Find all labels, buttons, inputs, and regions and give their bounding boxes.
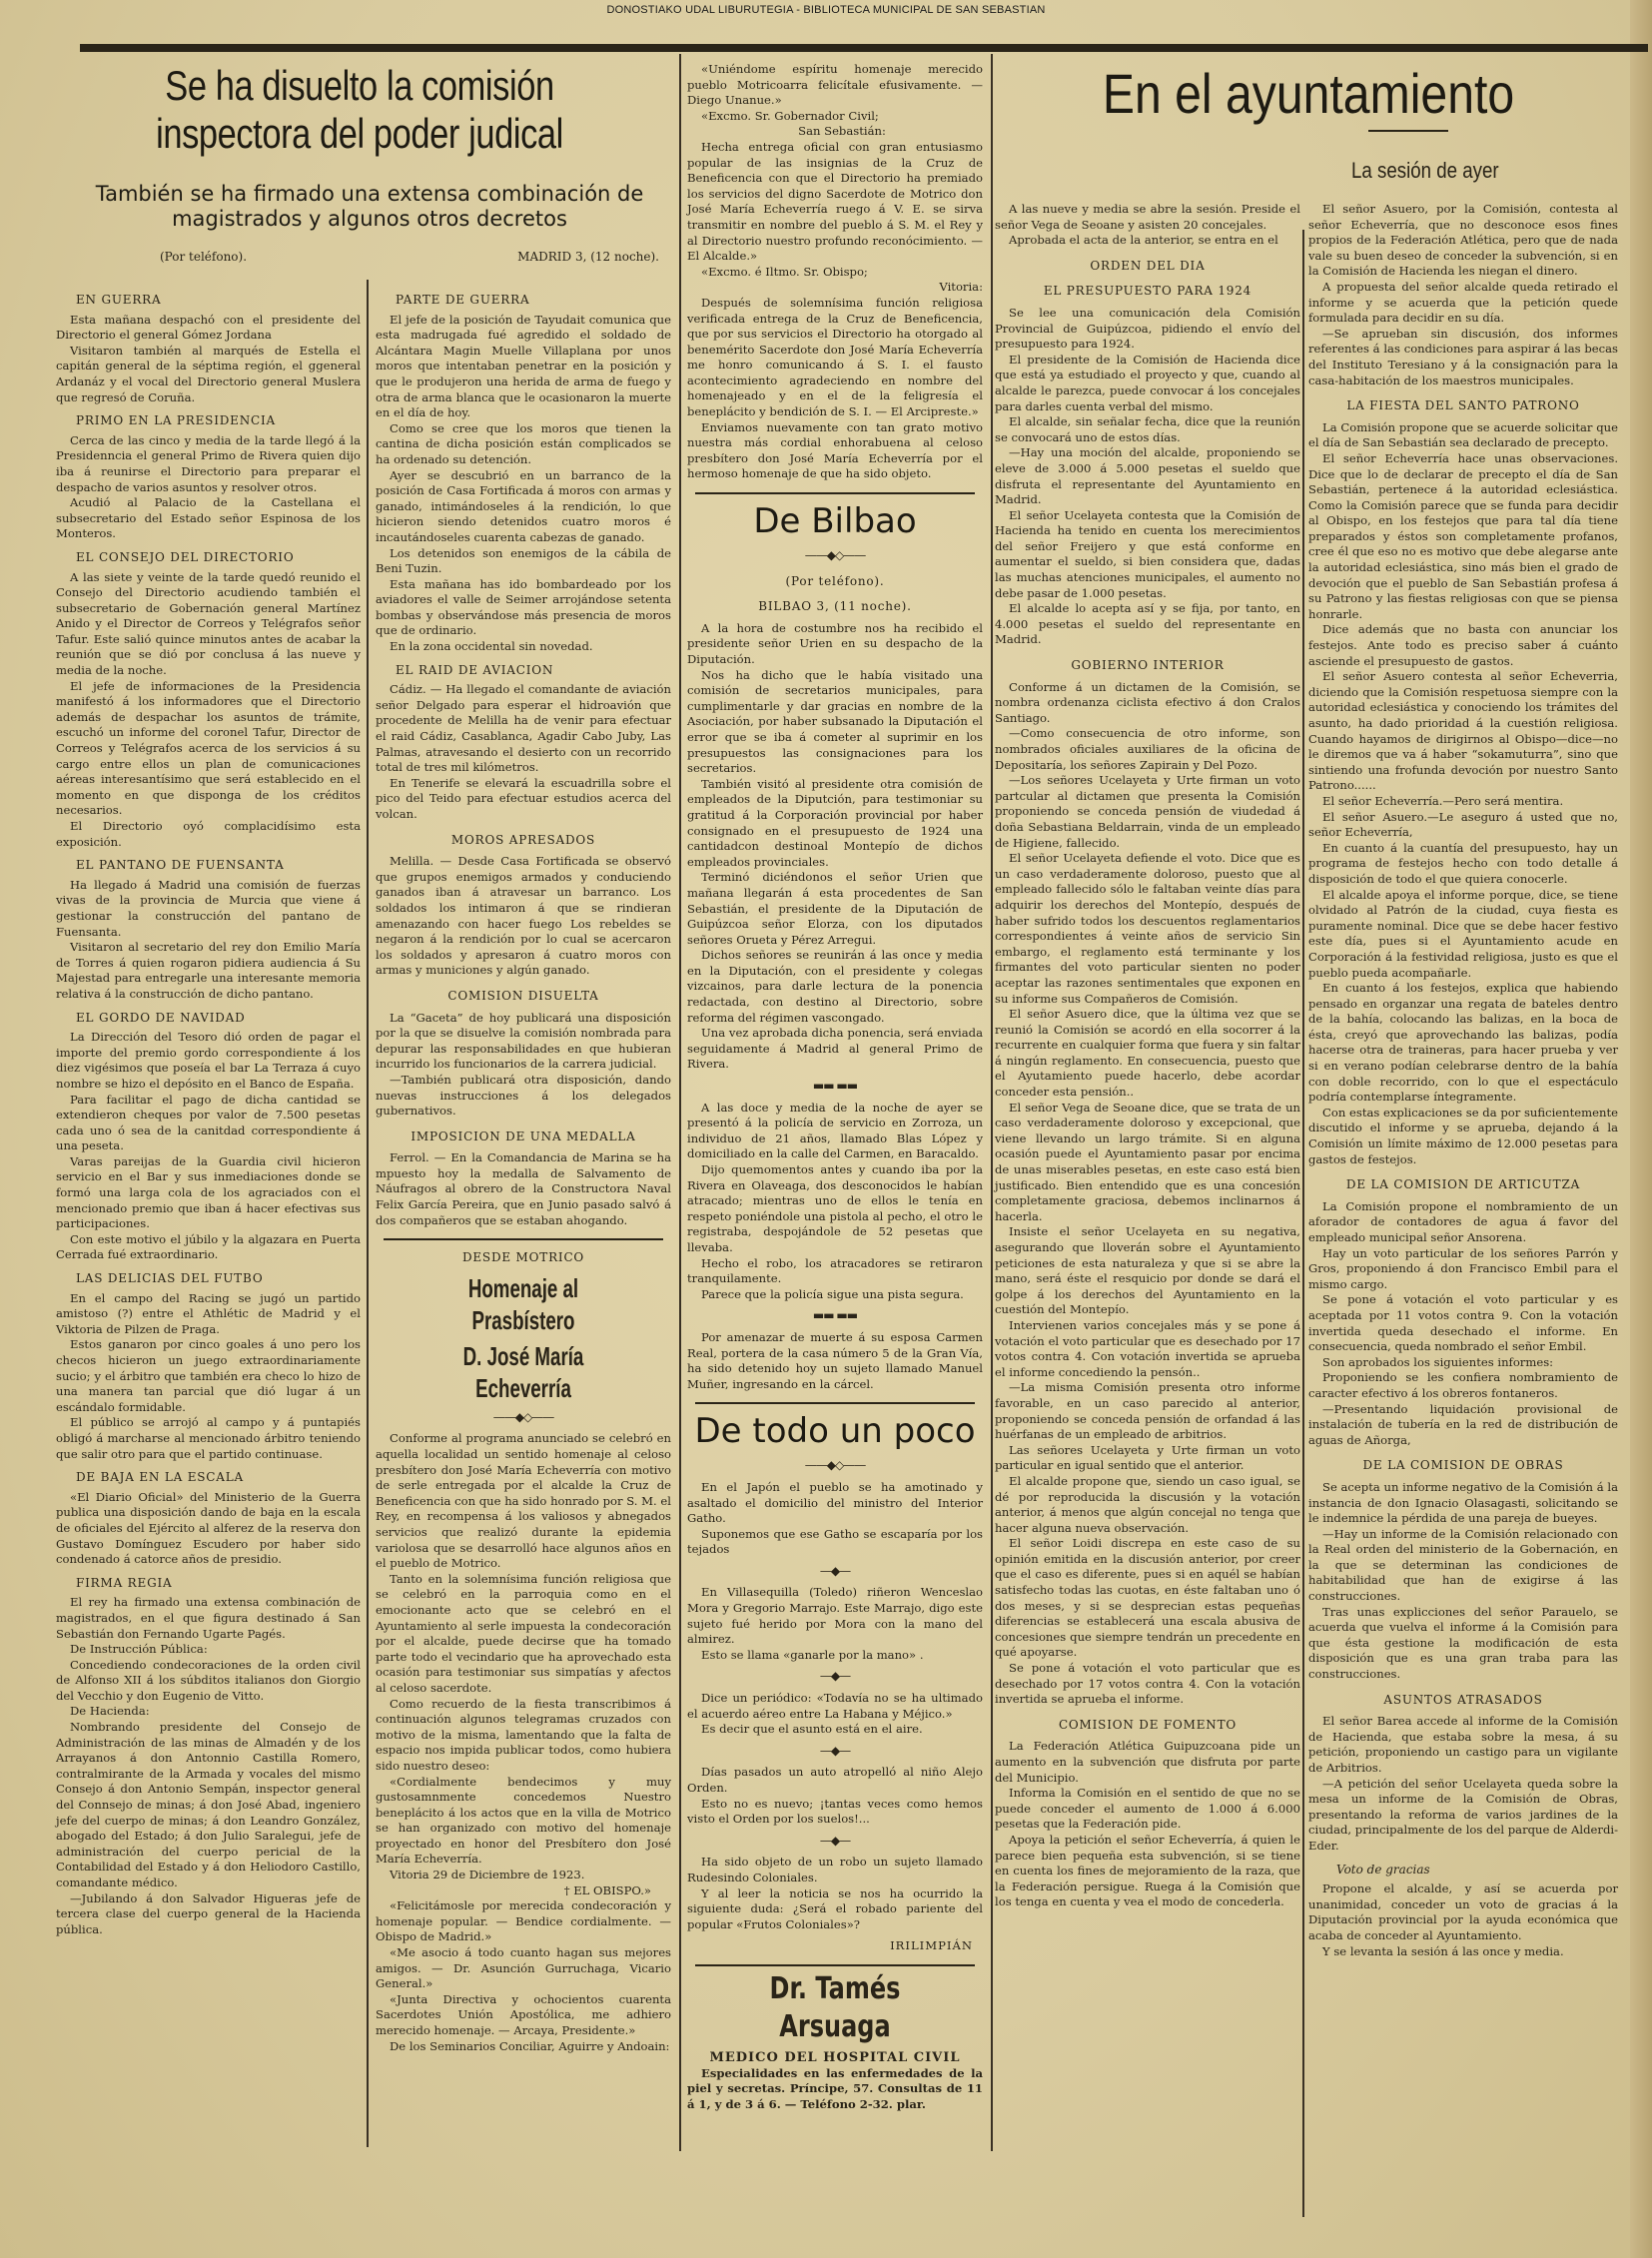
paragraph: El alcalde lo acepta así y se fija, por … bbox=[995, 601, 1300, 648]
paragraph: Cádiz. — Ha llegado el comandante de avi… bbox=[376, 682, 671, 776]
paragraph: Días pasados un auto atropelló al niño A… bbox=[687, 1765, 983, 1796]
paragraph: Terminó diciéndonos el señor Urien que m… bbox=[687, 870, 983, 948]
paragraph: Esta mañana has ido bombardeado por los … bbox=[376, 577, 671, 639]
paragraph: Después de solemnísima función religiosa… bbox=[687, 296, 983, 420]
paragraph: Nos ha dicho que le había visitado una c… bbox=[687, 668, 983, 777]
bilbao-dateline: BILBAO 3, (11 noche). bbox=[687, 599, 983, 615]
paragraph: El señor Echeverría hace unas observacio… bbox=[1308, 451, 1618, 623]
column-rule bbox=[1302, 230, 1304, 2217]
top-rule bbox=[80, 44, 1648, 52]
paragraph: Suponemos que ese Gatho se escaparía por… bbox=[687, 1527, 983, 1558]
paragraph: De Instrucción Pública: bbox=[56, 1642, 361, 1658]
paragraph: A propuesta del señor alcalde queda reti… bbox=[1308, 280, 1618, 327]
paragraph: Dichos señores se reunirán á las once y … bbox=[687, 948, 983, 1026]
paragraph: Los detenidos son enemigos de la cábila … bbox=[376, 546, 671, 577]
paragraph: El señor Asuero.—Le aseguro á usted que … bbox=[1308, 810, 1618, 841]
paragraph: Enviamos nuevamente con tan grato motivo… bbox=[687, 420, 983, 482]
paragraph: Aprobada el acta de la anterior, se entr… bbox=[995, 233, 1300, 249]
paragraph: En el campo del Racing se jugó un partid… bbox=[56, 1291, 361, 1338]
paragraph: Informa la Comisión en el sentido de que… bbox=[995, 1786, 1300, 1833]
paragraph: El presidente de la Comisión de Hacienda… bbox=[995, 353, 1300, 414]
paragraph: —También publicará otra disposición, dan… bbox=[376, 1073, 671, 1120]
lead-date: MADRID 3, (12 noche). bbox=[517, 250, 659, 264]
motrico-title-line-1: Homenaje al Prasbístero bbox=[416, 1272, 629, 1336]
section-heading: FIRMA REGIA bbox=[76, 1576, 361, 1592]
paragraph: El alcalde apoya el informe porque, dice… bbox=[1308, 888, 1618, 982]
paragraph: Dice además que no basta con anunciar lo… bbox=[1308, 622, 1618, 669]
paragraph: Vitoria: bbox=[687, 280, 983, 296]
todo-un-poco-headline: De todo un poco bbox=[687, 1410, 983, 1452]
paragraph: Se acepta un informe negativo de la Comi… bbox=[1308, 1480, 1618, 1527]
paragraph: Cerca de las cinco y media de la tarde l… bbox=[56, 433, 361, 495]
paragraph: Hecha entrega oficial con gran entusiasm… bbox=[687, 140, 983, 265]
section-heading: LAS DELICIAS DEL FUTBO bbox=[76, 1271, 361, 1287]
paragraph: Vitoria 29 de Diciembre de 1923. bbox=[376, 1868, 671, 1883]
ornament-rule bbox=[384, 1238, 663, 1240]
ornament-divider: ——◆◇—— bbox=[376, 1410, 671, 1426]
paragraph: Concediendo condecoraciones de la orden … bbox=[56, 1658, 361, 1705]
paragraph: Propone el alcalde, y así se acuerda por… bbox=[1308, 1882, 1618, 1943]
paragraph: «Excmo. é Iltmo. Sr. Obispo; bbox=[687, 265, 983, 281]
section-heading: PARTE DE GUERRA bbox=[396, 293, 671, 309]
ornament-rule bbox=[695, 1402, 975, 1404]
paragraph: —Presentando liquidación provisional de … bbox=[1308, 1402, 1618, 1449]
paragraph: Ha llegado á Madrid una comisión de fuer… bbox=[56, 878, 361, 940]
ad-doctor-title: MEDICO DEL HOSPITAL CIVIL bbox=[687, 2050, 983, 2066]
paragraph: Una vez aprobada dicha ponencia, será en… bbox=[687, 1026, 983, 1073]
paragraph: Como recuerdo de la fiesta transcribimos… bbox=[376, 1697, 671, 1775]
paragraph: San Sebastián: bbox=[687, 124, 983, 140]
section-heading: EN GUERRA bbox=[76, 293, 361, 309]
paragraph: Apoya la petición el señor Echeverría, á… bbox=[995, 1833, 1300, 1910]
bilbao-source: (Por teléfono). bbox=[687, 574, 983, 590]
ayuntamiento-headline: En el ayuntamiento bbox=[1051, 62, 1566, 126]
section-heading: DE LA COMISION DE OBRAS bbox=[1308, 1458, 1618, 1474]
paragraph: De los Seminarios Conciliar, Aguirre y A… bbox=[376, 2039, 671, 2055]
column-rule bbox=[991, 54, 993, 2151]
ornament-divider: ▬▬ ▬▬ bbox=[687, 1308, 983, 1324]
section-heading: ASUNTOS ATRASADOS bbox=[1308, 1693, 1618, 1709]
paragraph: Se pone á votación el voto particular y … bbox=[1308, 1292, 1618, 1354]
ornament-divider: ▬▬ ▬▬ bbox=[687, 1079, 983, 1095]
paragraph: La Federación Atlética Guipuzcoana pide … bbox=[995, 1739, 1300, 1786]
section-heading: COMISION DE FOMENTO bbox=[995, 1718, 1300, 1734]
paragraph: Melilla. — Desde Casa Fortificada se obs… bbox=[376, 854, 671, 979]
section-heading: EL PANTANO DE FUENSANTA bbox=[76, 858, 361, 874]
paragraph: —Hay una moción del alcalde, proponiendo… bbox=[995, 445, 1300, 507]
paragraph: —A petición del señor Ucelayeta queda so… bbox=[1308, 1777, 1618, 1855]
paragraph: El señor Vega de Seoane dice, que se tra… bbox=[995, 1101, 1300, 1225]
paragraph: En cuanto á la cuantía del presupuesto, … bbox=[1308, 841, 1618, 888]
ornament-rule bbox=[695, 492, 975, 494]
section-heading: GOBIERNO INTERIOR bbox=[995, 658, 1300, 674]
paragraph: El señor Ucelayeta contesta que la Comis… bbox=[995, 508, 1300, 602]
paragraph: El rey ha firmado una extensa combinació… bbox=[56, 1595, 361, 1642]
paragraph: La “Gaceta” de hoy publicará una disposi… bbox=[376, 1011, 671, 1073]
column-4: A las nueve y media se abre la sesión. P… bbox=[995, 202, 1300, 1910]
paragraph: Hecho el robo, los atracadores se retira… bbox=[687, 1256, 983, 1287]
paragraph: —Se aprueban sin discusión, dos informes… bbox=[1308, 327, 1618, 388]
paragraph: El señor Barea accede al informe de la C… bbox=[1308, 1714, 1618, 1776]
paragraph: Parece que la policía sigue una pista se… bbox=[687, 1287, 983, 1303]
ornament-rule bbox=[695, 1964, 975, 1966]
paragraph: El señor Asuero contesta al señor Echeve… bbox=[1308, 669, 1618, 794]
column-rule bbox=[679, 54, 681, 2151]
paragraph: A las siete y veinte de la tarde quedó r… bbox=[56, 570, 361, 679]
column-5: El señor Asuero, por la Comisión, contes… bbox=[1308, 202, 1618, 1959]
section-heading: PRIMO EN LA PRESIDENCIA bbox=[76, 413, 361, 429]
paragraph: El jefe de informaciones de la Presidenc… bbox=[56, 679, 361, 819]
paragraph: El Directorio oyó complacidísimo esta ex… bbox=[56, 819, 361, 850]
paragraph: A la hora de costumbre nos ha recibido e… bbox=[687, 621, 983, 668]
lead-subheadline: También se ha firmado una extensa combin… bbox=[60, 182, 679, 232]
ornament-divider: ——◆◇—— bbox=[687, 548, 983, 564]
paragraph: «Cordialmente bendecimos y muy gustosamn… bbox=[376, 1775, 671, 1869]
paragraph: Dice un periódico: «Todavía no se ha ult… bbox=[687, 1691, 983, 1722]
ornament-divider: ——◆◇—— bbox=[687, 1458, 983, 1474]
paragraph: La Dirección del Tesoro dió orden de pag… bbox=[56, 1030, 361, 1092]
paragraph: Tras unas explicciones del señor Parauel… bbox=[1308, 1605, 1618, 1683]
paragraph: En Villasequilla (Toledo) riñeron Wences… bbox=[687, 1585, 983, 1647]
paragraph: Esto se llama «ganarle por la mano» . bbox=[687, 1648, 983, 1664]
paragraph: La Comisión propone que se acuerde solic… bbox=[1308, 420, 1618, 451]
section-heading: DE LA COMISION DE ARTICUTZA bbox=[1308, 1177, 1618, 1193]
paragraph: Hay un voto particular de los señores Pa… bbox=[1308, 1246, 1618, 1293]
section-heading: EL RAID DE AVIACION bbox=[396, 663, 671, 679]
paragraph: Son aprobados los siguientes informes: bbox=[1308, 1355, 1618, 1371]
ad-doctor-name: Dr. Tamés Arsuaga bbox=[717, 1970, 954, 2046]
paragraph: El señor Ucelayeta defiende el voto. Dic… bbox=[995, 851, 1300, 1007]
section-heading: Voto de gracias bbox=[1336, 1863, 1618, 1879]
paragraph: Visitaron también al marqués de Estella … bbox=[56, 344, 361, 405]
paragraph: Y se levanta la sesión á las once y medi… bbox=[1308, 1944, 1618, 1960]
paragraph: —Como consecuencia de otro informe, son … bbox=[995, 726, 1300, 773]
bilbao-headline: De Bilbao bbox=[687, 500, 983, 542]
paragraph: Insiste el señor Ucelayeta en su negativ… bbox=[995, 1224, 1300, 1318]
paragraph: A las nueve y media se abre la sesión. P… bbox=[995, 202, 1300, 233]
paragraph: Ha sido objeto de un robo un sujeto llam… bbox=[687, 1855, 983, 1885]
paragraph: Estos ganaron por cinco goales á uno per… bbox=[56, 1337, 361, 1415]
paragraph: El señor Asuero dice, que la última vez … bbox=[995, 1007, 1300, 1101]
paragraph: Nombrando presidente del Consejo de Admi… bbox=[56, 1720, 361, 1891]
ayuntamiento-subheadline: La sesión de ayer bbox=[1351, 158, 1499, 184]
paragraph: De Hacienda: bbox=[56, 1704, 361, 1720]
paragraph: Acudió al Palacio de la Castellana el su… bbox=[56, 495, 361, 542]
paragraph: —Hay un informe de la Comisión relaciona… bbox=[1308, 1527, 1618, 1605]
paragraph: El jefe de la posición de Tayudait comun… bbox=[376, 313, 671, 421]
paragraph: En Tenerife se elevará la escuadrilla so… bbox=[376, 776, 671, 823]
section-heading: EL CONSEJO DEL DIRECTORIO bbox=[76, 550, 361, 566]
motrico-title-line-2: D. José María Echeverría bbox=[416, 1340, 629, 1404]
paragraph: «El Diario Oficial» del Ministerio de la… bbox=[56, 1490, 361, 1568]
paragraph: Varas pareijas de la Guardia civil hicie… bbox=[56, 1154, 361, 1232]
paragraph: † EL OBISPO.» bbox=[376, 1883, 651, 1899]
section-heading: IMPOSICION DE UNA MEDALLA bbox=[376, 1129, 671, 1145]
paragraph: —La misma Comisión presenta otro informe… bbox=[995, 1380, 1300, 1442]
paragraph: Con estas explicaciones se da por sufici… bbox=[1308, 1106, 1618, 1167]
paragraph: El alcalde, sin señalar fecha, dice que … bbox=[995, 414, 1300, 445]
section-heading: LA FIESTA DEL SANTO PATRONO bbox=[1308, 398, 1618, 414]
paragraph: «Felicitámosle por merecida condecoració… bbox=[376, 1898, 671, 1945]
motrico-kicker: DESDE MOTRICO bbox=[376, 1250, 671, 1266]
paragraph: Proponiendo se les confiera nombramiento… bbox=[1308, 1370, 1618, 1401]
paragraph: Intervienen varios concejales más y se p… bbox=[995, 1318, 1300, 1380]
paragraph: «Uniéndome espíritu homenaje merecido pu… bbox=[687, 62, 983, 109]
paragraph: En la zona occidental sin novedad. bbox=[376, 639, 671, 655]
paragraph: El señor Echeverría.—Pero será mentira. bbox=[1308, 794, 1618, 810]
paragraph: A las doce y media de la noche de ayer s… bbox=[687, 1101, 983, 1162]
column-3: «Uniéndome espíritu homenaje merecido pu… bbox=[687, 62, 983, 2112]
column-2: PARTE DE GUERRAEl jefe de la posición de… bbox=[376, 285, 671, 2054]
paragraph: «Me asocio á todo cuanto hagan sus mejor… bbox=[376, 1945, 671, 1992]
paragraph: Las señores Ucelayeta y Urte firman un v… bbox=[995, 1443, 1300, 1474]
library-header: DONOSTIAKO UDAL LIBURUTEGIA - BIBLIOTECA… bbox=[0, 4, 1652, 16]
paragraph: El alcalde propone que, siendo un caso i… bbox=[995, 1474, 1300, 1536]
paragraph: Como se cree que los moros que tienen la… bbox=[376, 421, 671, 468]
paragraph: Por amenazar de muerte á su esposa Carme… bbox=[687, 1330, 983, 1392]
paragraph: El señor Asuero, por la Comisión, contes… bbox=[1308, 202, 1618, 280]
ornament-divider: —◆— bbox=[687, 1564, 983, 1580]
paragraph: Se pone á votación el voto particular qu… bbox=[995, 1661, 1300, 1708]
paragraph: «Junta Directiva y ochocientos cuarenta … bbox=[376, 1992, 671, 2039]
ornament-divider: —◆— bbox=[687, 1834, 983, 1850]
paragraph: La Comisión propone el nombramiento de u… bbox=[1308, 1199, 1618, 1246]
paragraph: Con este motivo el júbilo y la algazara … bbox=[56, 1232, 361, 1263]
paragraph: El público se arrojó al campo y á puntap… bbox=[56, 1415, 361, 1462]
paragraph: Se lee una comunicación dela Comisión Pr… bbox=[995, 306, 1300, 353]
ornament-divider: —◆— bbox=[687, 1669, 983, 1685]
section-heading: EL GORDO DE NAVIDAD bbox=[76, 1011, 361, 1027]
paragraph: Visitaron al secretario del rey don Emil… bbox=[56, 940, 361, 1002]
paragraph: Dijo quemomentos antes y cuando iba por … bbox=[687, 1162, 983, 1256]
paragraph: El señor Loidi discrepa en este caso de … bbox=[995, 1536, 1300, 1661]
paragraph: Esto no es nuevo; ¡tantas veces como hem… bbox=[687, 1797, 983, 1828]
paragraph: Ayer se descubrió en un barranco de la p… bbox=[376, 468, 671, 546]
column-rule bbox=[367, 280, 369, 2147]
paragraph: Es decir que el asunto está en el aire. bbox=[687, 1722, 983, 1738]
paragraph: —Jubilando á don Salvador Higueras jefe … bbox=[56, 1891, 361, 1938]
ornament-rule bbox=[1368, 130, 1448, 132]
paragraph: Ferrol. — En la Comandancia de Marina se… bbox=[376, 1150, 671, 1228]
paragraph: Para facilitar el pago de dicha cantidad… bbox=[56, 1093, 361, 1154]
paragraph: En cuanto á los festejos, explica que ha… bbox=[1308, 981, 1618, 1106]
page-edge bbox=[1630, 0, 1652, 2258]
lead-source: (Por teléfono). bbox=[160, 250, 247, 264]
section-heading: DE BAJA EN LA ESCALA bbox=[76, 1470, 361, 1486]
section-heading: COMISION DISUELTA bbox=[376, 989, 671, 1005]
section-subheading: EL PRESUPUESTO PARA 1924 bbox=[995, 284, 1300, 300]
paragraph: Conforme al programa anunciado se celebr… bbox=[376, 1431, 671, 1571]
ad-body: Especialidades en las enfermedades de la… bbox=[687, 2066, 983, 2113]
paragraph: También visitó al presidente otra comisi… bbox=[687, 777, 983, 871]
signature: IRILIMPIÁN bbox=[687, 1938, 973, 1954]
paragraph: En el Japón el pueblo se ha amotinado y … bbox=[687, 1480, 983, 1527]
ornament-divider: —◆— bbox=[687, 1744, 983, 1760]
paragraph: Esta mañana despachó con el presidente d… bbox=[56, 313, 361, 344]
section-heading: ORDEN DEL DIA bbox=[995, 259, 1300, 275]
paragraph: Conforme á un dictamen de la Comisión, s… bbox=[995, 680, 1300, 727]
paragraph: Tanto en la solemnísima función religios… bbox=[376, 1572, 671, 1697]
paragraph: —Los señores Ucelayeta y Urte firman un … bbox=[995, 773, 1300, 851]
column-1: EN GUERRAEsta mañana despachó con el pre… bbox=[56, 285, 361, 1937]
paragraph: «Excmo. Sr. Gobernador Civil; bbox=[687, 109, 983, 125]
lead-headline: Se ha disuelto la comisión inspectora de… bbox=[114, 62, 605, 158]
section-heading: MOROS APRESADOS bbox=[376, 833, 671, 849]
paragraph: Y al leer la noticia se nos ha ocurrido … bbox=[687, 1886, 983, 1933]
